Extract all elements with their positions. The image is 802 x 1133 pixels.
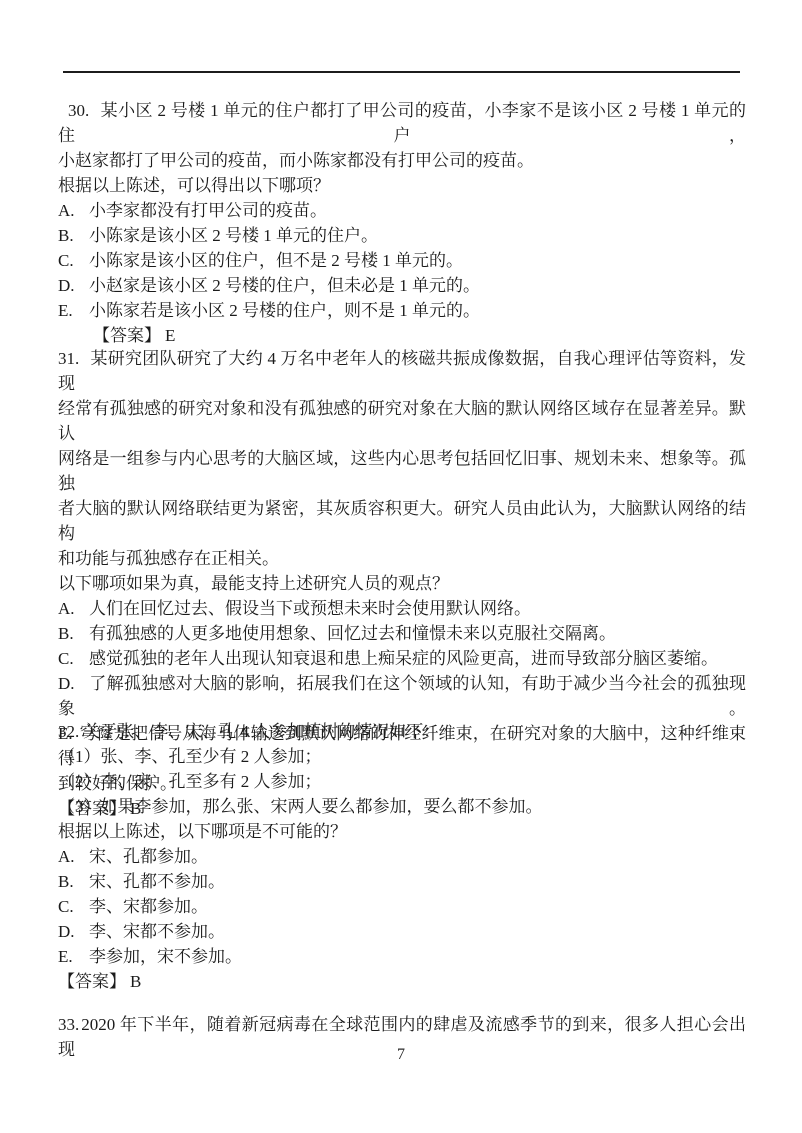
q30-number: 30. <box>68 101 100 120</box>
q32-intro-line: 32.关于张、李、宋、孔 4 人参加植树的情况如下： <box>58 719 746 744</box>
option-text: 人们在回忆过去、假设当下或预想未来时会使用默认网络。 <box>89 599 531 618</box>
q32-option-a: A.宋、孔都参加。 <box>58 844 746 869</box>
option-letter: B. <box>58 869 89 894</box>
option-text: 李参加，宋不参加。 <box>89 947 242 966</box>
q30-option-c: C.小陈家是该小区的住户，但不是 2 号楼 1 单元的。 <box>58 248 746 273</box>
q31-option-c: C.感觉孤独的老年人出现认知衰退和患上痴呆症的风险更高，进而导致部分脑区萎缩。 <box>58 646 746 671</box>
option-text: 感觉孤独的老年人出现认知衰退和患上痴呆症的风险更高，进而导致部分脑区萎缩。 <box>89 649 718 668</box>
q32-option-b: B.宋、孔都不参加。 <box>58 869 746 894</box>
q32-condition-2: （2）李、宋、孔至多有 2 人参加； <box>58 769 746 794</box>
option-letter: A. <box>58 596 89 621</box>
q32-prompt: 根据以上陈述，以下哪项是不可能的？ <box>58 819 746 844</box>
q32-condition-1: （1）张、李、孔至少有 2 人参加； <box>58 744 746 769</box>
question-32: 32.关于张、李、宋、孔 4 人参加植树的情况如下： （1）张、李、孔至少有 2… <box>58 719 746 994</box>
option-text: 小陈家是该小区的住户，但不是 2 号楼 1 单元的。 <box>89 251 463 270</box>
q30-stem-line-2: 小赵家都打了甲公司的疫苗，而小陈家都没有打甲公司的疫苗。 <box>58 148 746 173</box>
q30-option-a: A.小李家都没有打甲公司的疫苗。 <box>58 198 746 223</box>
answer-value: E <box>165 326 175 345</box>
option-text: 小陈家若是该小区 2 号楼的住户，则不是 1 单元的。 <box>89 301 480 320</box>
q32-number: 32. <box>58 722 83 741</box>
option-letter: B. <box>58 621 89 646</box>
q30-option-b: B.小陈家是该小区 2 号楼 1 单元的住户。 <box>58 223 746 248</box>
question-30: 30.某小区 2 号楼 1 单元的住户都打了甲公司的疫苗，小李家不是该小区 2 … <box>58 98 746 348</box>
q32-option-d: D.李、宋都不参加。 <box>58 919 746 944</box>
q30-prompt: 根据以上陈述，可以得出以下哪项？ <box>58 173 746 198</box>
answer-value: B <box>130 972 141 991</box>
option-text: 小李家都没有打甲公司的疫苗。 <box>89 201 327 220</box>
q31-option-a: A.人们在回忆过去、假设当下或预想未来时会使用默认网络。 <box>58 596 746 621</box>
q32-option-e: E.李参加，宋不参加。 <box>58 944 746 969</box>
option-letter: B. <box>58 223 89 248</box>
option-letter: E. <box>58 298 89 323</box>
option-text: 宋、孔都不参加。 <box>89 872 225 891</box>
q30-stem-line-1: 30.某小区 2 号楼 1 单元的住户都打了甲公司的疫苗，小李家不是该小区 2 … <box>58 98 746 148</box>
q32-answer-row: 【答案】B <box>58 969 746 994</box>
option-text: 李、宋都不参加。 <box>89 922 225 941</box>
option-text: 宋、孔都参加。 <box>89 847 208 866</box>
q31-option-d: D.了解孤独感对大脑的影响，拓展我们在这个领域的认知，有助于减少当今社会的孤独现… <box>58 671 746 721</box>
option-letter: C. <box>58 646 89 671</box>
q31-number: 31. <box>58 349 90 368</box>
q31-stem-text-1: 某研究团队研究了大约 4 万名中老年人的核磁共振成像数据，自我心理评估等资料，发… <box>58 349 746 393</box>
option-text: 李、宋都参加。 <box>89 897 208 916</box>
q32-intro-text: 关于张、李、宋、孔 4 人参加植树的情况如下： <box>83 722 440 741</box>
option-text: 有孤独感的人更多地使用想象、回忆过去和憧憬未来以克服社交隔离。 <box>89 624 616 643</box>
q30-option-e: E.小陈家若是该小区 2 号楼的住户，则不是 1 单元的。 <box>58 298 746 323</box>
option-letter: D. <box>58 919 89 944</box>
q33-number: 33. <box>58 1015 81 1034</box>
q30-option-d: D.小赵家是该小区 2 号楼的住户，但未必是 1 单元的。 <box>58 273 746 298</box>
option-letter: A. <box>58 844 89 869</box>
q31-option-b: B.有孤独感的人更多地使用想象、回忆过去和憧憬未来以克服社交隔离。 <box>58 621 746 646</box>
q30-stem-text-1: 某小区 2 号楼 1 单元的住户都打了甲公司的疫苗，小李家不是该小区 2 号楼 … <box>58 101 746 145</box>
option-text: 小陈家是该小区 2 号楼 1 单元的住户。 <box>89 226 378 245</box>
option-letter: C. <box>58 248 89 273</box>
option-text: 小赵家是该小区 2 号楼的住户，但未必是 1 单元的。 <box>89 276 480 295</box>
q30-answer-row: 【答案】E <box>58 323 746 348</box>
header-rule <box>63 71 740 73</box>
page-number: 7 <box>0 1046 802 1064</box>
option-letter: A. <box>58 198 89 223</box>
q31-stem-line-3: 网络是一组参与内心思考的大脑区域，这些内心思考包括回忆旧事、规划未来、想象等。孤… <box>58 446 746 496</box>
answer-label: 【答案】 <box>93 326 161 345</box>
q31-stem-line-2: 经常有孤独感的研究对象和没有孤独感的研究对象在大脑的默认网络区域存在显著差异。默… <box>58 396 746 446</box>
option-letter: C. <box>58 894 89 919</box>
q31-stem-line-4: 者大脑的默认网络联结更为紧密，其灰质容积更大。研究人员由此认为，大脑默认网络的结… <box>58 496 746 546</box>
q31-prompt: 以下哪项如果为真，最能支持上述研究人员的观点？ <box>58 571 746 596</box>
q32-condition-3: （3）如果李参加，那么张、宋两人要么都参加，要么都不参加。 <box>58 794 746 819</box>
option-text: 了解孤独感对大脑的影响，拓展我们在这个领域的认知，有助于减少当今社会的孤独现象。 <box>58 674 746 718</box>
option-letter: D. <box>58 273 89 298</box>
q31-stem-line-1: 31.某研究团队研究了大约 4 万名中老年人的核磁共振成像数据，自我心理评估等资… <box>58 346 746 396</box>
answer-label: 【答案】 <box>58 972 126 991</box>
document-page: 30.某小区 2 号楼 1 单元的住户都打了甲公司的疫苗，小李家不是该小区 2 … <box>0 0 802 1133</box>
option-letter: E. <box>58 944 89 969</box>
option-letter: D. <box>58 671 89 696</box>
q31-stem-line-5: 和功能与孤独感存在正相关。 <box>58 546 746 571</box>
q32-option-c: C.李、宋都参加。 <box>58 894 746 919</box>
